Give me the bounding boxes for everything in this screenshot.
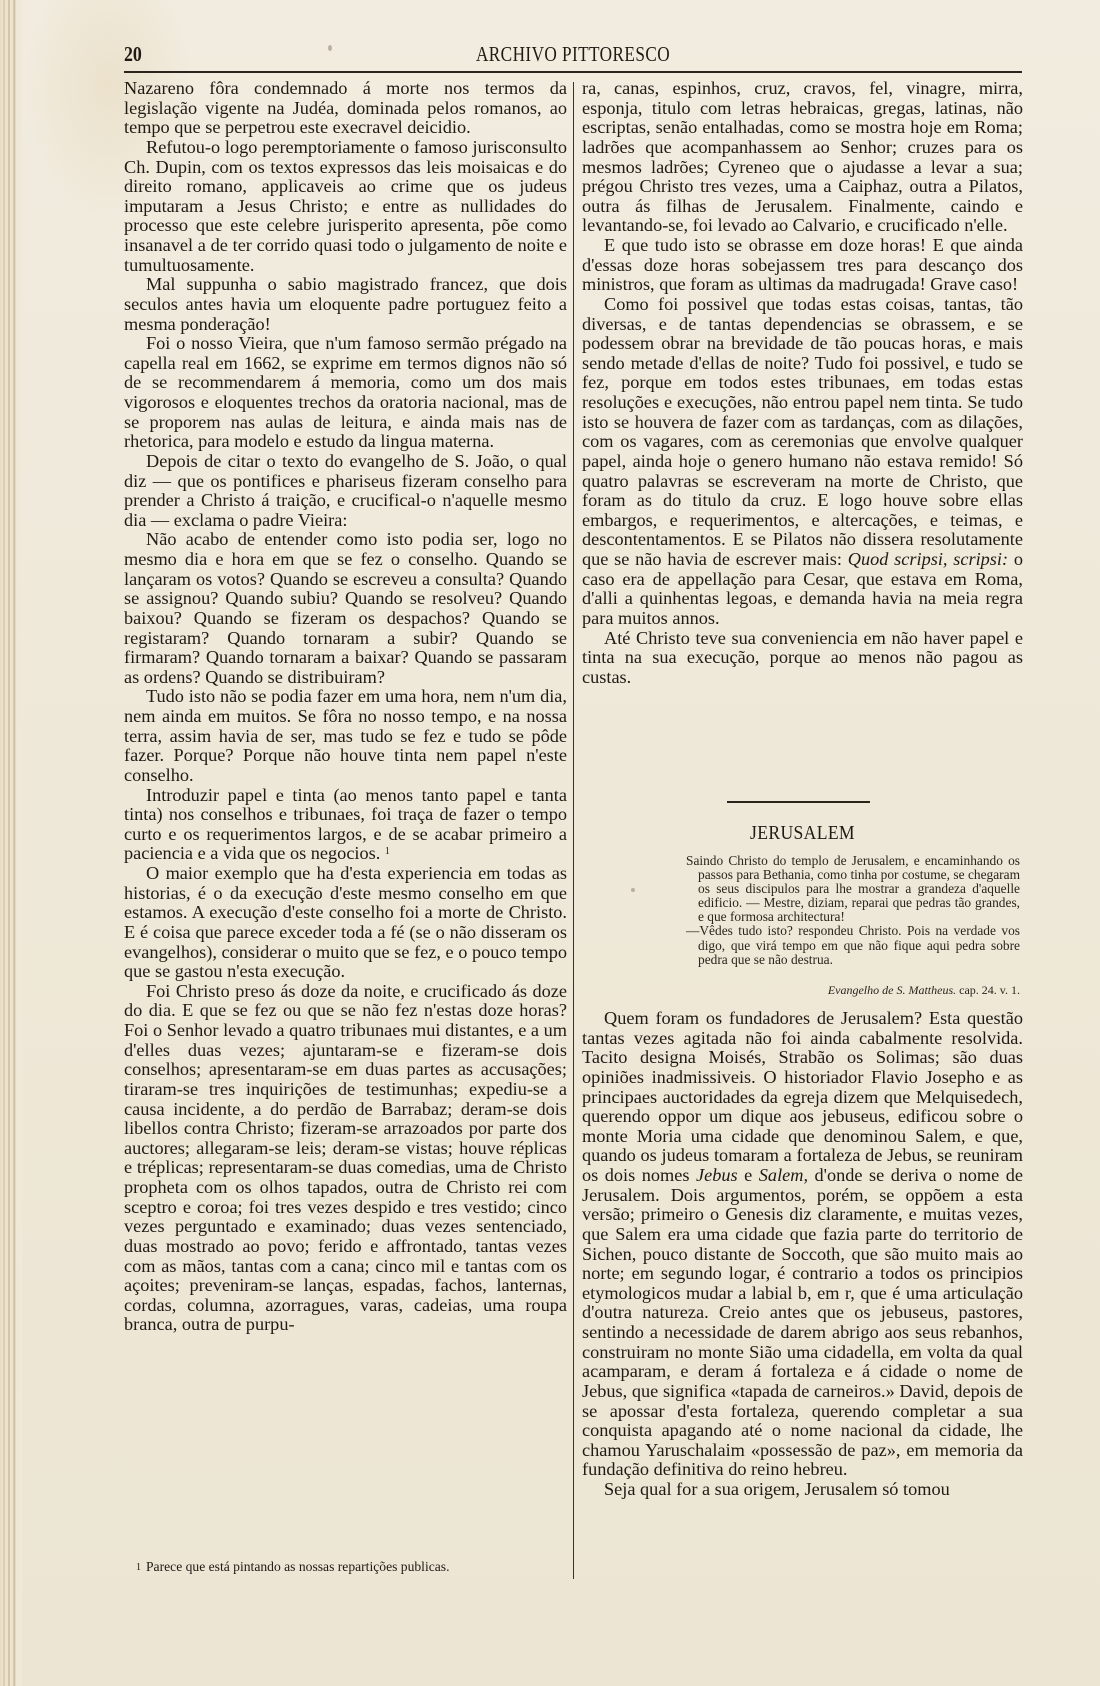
epigraph: Saindo Christo do templo de Jerusalem, e… bbox=[686, 854, 1020, 967]
paragraph: Mal suppunha o sabio magistrado francez,… bbox=[124, 275, 567, 334]
citation-reference: cap. 24. v. 1. bbox=[959, 983, 1020, 997]
paragraph: Quem foram os fundadores de Jerusalem? E… bbox=[582, 1009, 1023, 1480]
epigraph-citation: Evangelho de S. Mattheus. cap. 24. v. 1. bbox=[780, 983, 1020, 998]
right-column-section-body: Quem foram os fundadores de Jerusalem? E… bbox=[582, 1009, 1023, 1500]
paragraph-text: Quem foram os fundadores de Jerusalem? E… bbox=[582, 1008, 1023, 1185]
journal-title: ARCHIVO PITTORESCO bbox=[205, 42, 941, 67]
paragraph-text: Introduzir papel e tinta (ao menos tanto… bbox=[124, 785, 567, 864]
epigraph-paragraph: Saindo Christo do templo de Jerusalem, e… bbox=[686, 854, 1020, 924]
footnote-reference[interactable]: 1 bbox=[385, 846, 390, 857]
paragraph: Introduzir papel e tinta (ao menos tanto… bbox=[124, 786, 567, 865]
paragraph: Foi o nosso Vieira, que n'um famoso serm… bbox=[124, 334, 567, 452]
latin-quote: Quod scripsi, scripsi: bbox=[848, 549, 1008, 569]
paper-stain bbox=[631, 888, 635, 892]
paragraph: Tudo isto não se podia fazer em uma hora… bbox=[124, 687, 567, 785]
paragraph: Nazareno fôra condemnado á morte nos ter… bbox=[124, 79, 567, 138]
place-name: Salem, bbox=[759, 1165, 808, 1185]
paragraph-text: e bbox=[738, 1165, 759, 1185]
paragraph: Depois de citar o texto do evangelho de … bbox=[124, 452, 567, 531]
paragraph: Refutou-o logo peremptoriamente o famoso… bbox=[124, 138, 567, 275]
paragraph: Seja qual for a sua origem, Jerusalem só… bbox=[582, 1480, 1023, 1500]
footnote-mark: 1 bbox=[136, 1562, 141, 1573]
paragraph-text: d'onde se deriva o nome de Jerusalem. Do… bbox=[582, 1165, 1023, 1479]
paragraph: ra, canas, espinhos, cruz, cravos, fel, … bbox=[582, 79, 1023, 236]
footnote-text: Parece que está pintando as nossas repar… bbox=[146, 1559, 450, 1574]
paragraph: O maior exemplo que ha d'esta experienci… bbox=[124, 864, 567, 982]
paragraph: Foi Christo preso ás doze da noite, e cr… bbox=[124, 982, 567, 1335]
paragraph-text: Como foi possivel que todas estas coisas… bbox=[582, 294, 1023, 569]
section-separator bbox=[727, 801, 870, 803]
header-rule bbox=[124, 71, 1022, 73]
right-column-top: ra, canas, espinhos, cruz, cravos, fel, … bbox=[582, 79, 1023, 687]
citation-work: Evangelho de S. Mattheus. bbox=[828, 983, 956, 997]
column-divider bbox=[573, 82, 574, 1579]
paragraph: Até Christo teve sua conveniencia em não… bbox=[582, 629, 1023, 688]
place-name: Jebus bbox=[696, 1165, 738, 1185]
book-binding-edge bbox=[0, 0, 22, 1686]
page-number: 20 bbox=[124, 42, 142, 67]
paragraph: Não acabo de entender como isto podia se… bbox=[124, 530, 567, 687]
paragraph: E que tudo isto se obrasse em doze horas… bbox=[582, 236, 1023, 295]
footnote: 1Parece que está pintando as nossas repa… bbox=[136, 1559, 566, 1576]
paragraph: Como foi possivel que todas estas coisas… bbox=[582, 295, 1023, 629]
running-header: 20 ARCHIVO PITTORESCO bbox=[124, 38, 1022, 68]
epigraph-paragraph: —Vêdes tudo isto? respondeu Christo. Poi… bbox=[686, 924, 1020, 966]
paper-stain bbox=[328, 45, 332, 51]
left-column: Nazareno fôra condemnado á morte nos ter… bbox=[124, 79, 567, 1335]
section-title: JERUSALEM bbox=[608, 822, 996, 845]
